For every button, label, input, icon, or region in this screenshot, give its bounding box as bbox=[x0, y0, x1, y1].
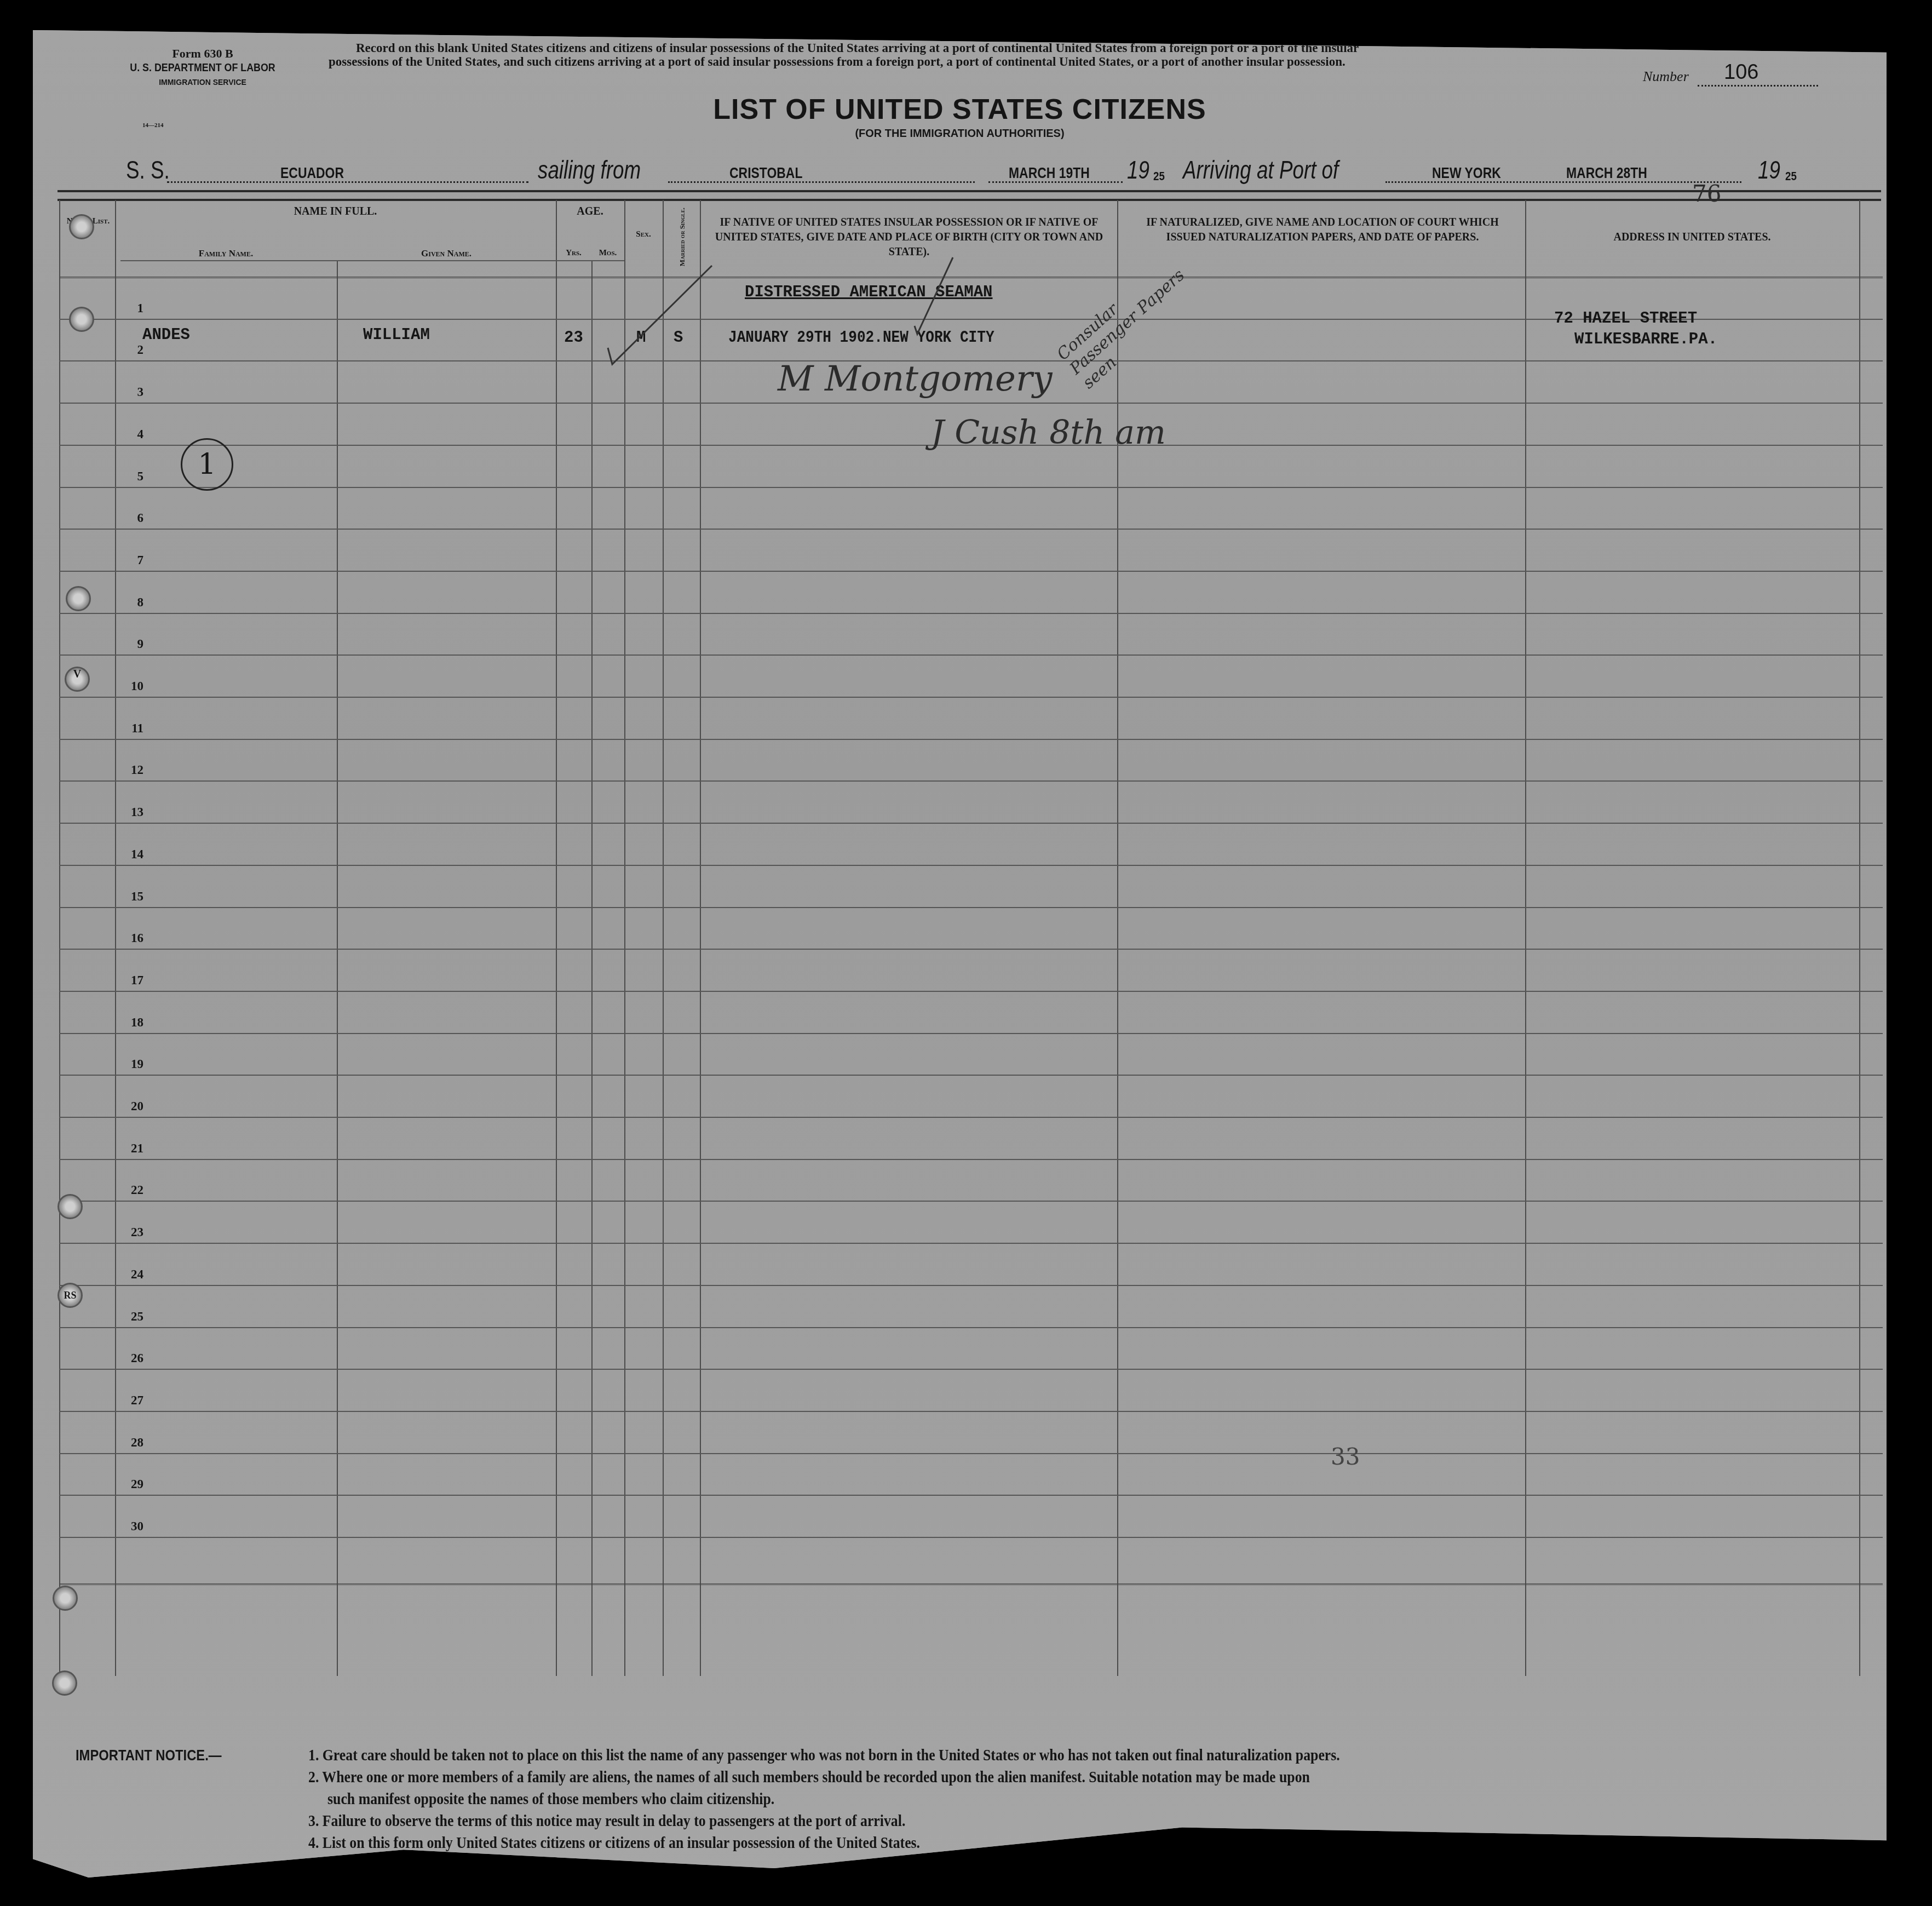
punch-hole-marked: V bbox=[65, 667, 90, 692]
row-line bbox=[59, 697, 1883, 698]
arrival-year-suffix: 25 bbox=[1785, 169, 1797, 183]
notice-item-4: 4. List on this form only United States … bbox=[308, 1832, 920, 1854]
number-label: Number bbox=[1643, 68, 1689, 85]
row-number: 11 bbox=[94, 721, 143, 736]
service-name: IMMIGRATION SERVICE bbox=[99, 75, 307, 89]
row-line bbox=[59, 655, 1883, 656]
col-line-naturalized bbox=[1525, 200, 1526, 1676]
row-number: 9 bbox=[94, 637, 143, 651]
row-number: 24 bbox=[94, 1267, 143, 1282]
row-number: 17 bbox=[94, 973, 143, 988]
punch-hole bbox=[69, 214, 94, 239]
record-instruction: Record on this blank United States citiz… bbox=[329, 41, 1402, 68]
page-subtitle: (FOR THE IMMIGRATION AUTHORITIES) bbox=[33, 128, 1887, 140]
row-number: 22 bbox=[94, 1183, 143, 1197]
row-number: 27 bbox=[94, 1393, 143, 1408]
col-line-family bbox=[337, 260, 338, 1676]
col-line-yrs bbox=[591, 260, 593, 1676]
ss-label: S. S. bbox=[126, 155, 170, 185]
header-birth: IF NATIVE OF UNITED STATES INSULAR POSSE… bbox=[712, 215, 1106, 260]
stamp-number: 33 bbox=[1331, 1443, 1360, 1470]
col-line-given bbox=[556, 200, 557, 1676]
row-number: 26 bbox=[94, 1351, 143, 1365]
header-name-in-full: NAME IN FULL. bbox=[115, 204, 556, 219]
row-line bbox=[59, 1285, 1883, 1286]
table-bottom-rule bbox=[59, 1583, 1883, 1585]
col-line-sex bbox=[663, 200, 664, 1676]
row-line bbox=[59, 865, 1883, 866]
row-line bbox=[59, 1411, 1883, 1412]
row-number: 14 bbox=[94, 847, 143, 862]
voyage-line: S. S. ECUADOR sailing from CRISTOBAL MAR… bbox=[33, 157, 1887, 190]
row-line bbox=[59, 1117, 1883, 1118]
sail-year-prefix: 19 bbox=[1127, 155, 1149, 185]
row-number: 7 bbox=[94, 553, 143, 567]
row-number: 6 bbox=[94, 511, 143, 525]
page-title: LIST OF UNITED STATES CITIZENS bbox=[33, 93, 1887, 126]
header-address: ADDRESS IN UNITED STATES. bbox=[1525, 230, 1859, 245]
row-line bbox=[59, 1243, 1883, 1244]
row-number: 19 bbox=[94, 1057, 143, 1071]
notice-item-3: 3. Failure to observe the terms of this … bbox=[308, 1810, 905, 1832]
row-line bbox=[59, 571, 1883, 572]
number-value: 106 bbox=[1724, 61, 1758, 84]
row-line bbox=[59, 1537, 1883, 1538]
row-number: 16 bbox=[94, 931, 143, 945]
row-number: 13 bbox=[94, 805, 143, 819]
number-underline bbox=[1698, 85, 1818, 87]
header-family-name: Family Name. bbox=[115, 246, 337, 261]
row-number: 2 bbox=[94, 343, 143, 357]
col-line-marital bbox=[700, 200, 701, 1676]
row-line bbox=[59, 1201, 1883, 1202]
row-number: 20 bbox=[94, 1099, 143, 1113]
form-number: Form 630 B bbox=[99, 47, 307, 61]
age-yrs-cell: 23 bbox=[564, 329, 583, 347]
naturalization-handwritten-note: Consular Passenger Papers seen bbox=[1053, 240, 1214, 393]
from-underline bbox=[668, 181, 975, 183]
row-line bbox=[59, 1075, 1883, 1076]
row-line bbox=[59, 403, 1883, 404]
header-yrs: Yrs. bbox=[556, 246, 591, 261]
row-line bbox=[59, 1159, 1883, 1160]
row-line bbox=[59, 1369, 1883, 1370]
punch-hole bbox=[69, 307, 94, 332]
notice-item-1: 1. Great care should be taken not to pla… bbox=[308, 1744, 1340, 1766]
printer-name: GOVERNMENT PRINTING OFFICE bbox=[1358, 1850, 1458, 1856]
header-bottom-rule bbox=[59, 277, 1883, 278]
arrival-date: MARCH 28TH bbox=[1566, 165, 1647, 182]
row-line bbox=[59, 1495, 1883, 1496]
row-number: 18 bbox=[94, 1015, 143, 1030]
ship-underline bbox=[167, 181, 528, 183]
row-number: 12 bbox=[94, 763, 143, 777]
row-number: 1 bbox=[94, 301, 143, 315]
row-line bbox=[59, 1033, 1883, 1034]
notice-heading: IMPORTANT NOTICE.— bbox=[76, 1744, 222, 1766]
address-line1-cell: 72 HAZEL STREET bbox=[1554, 309, 1697, 328]
row-line bbox=[59, 991, 1883, 992]
from-port: CRISTOBAL bbox=[729, 165, 802, 182]
row-number: 10 bbox=[94, 679, 143, 693]
row-line bbox=[59, 780, 1883, 782]
row-line bbox=[59, 1327, 1883, 1328]
header-sex: Sex. bbox=[624, 227, 663, 242]
form-identification: Form 630 B U. S. DEPARTMENT OF LABOR IMM… bbox=[99, 47, 307, 89]
address-line2-cell: WILKESBARRE.PA. bbox=[1574, 330, 1717, 348]
header-mos: Mos. bbox=[591, 246, 624, 261]
arrival-year-prefix: 19 bbox=[1758, 155, 1780, 185]
header-naturalized: IF NATURALIZED, GIVE NAME AND LOCATION O… bbox=[1128, 215, 1517, 245]
sailing-label: sailing from bbox=[538, 155, 641, 185]
notice-item-2: 2. Where one or more members of a family… bbox=[308, 1766, 1310, 1788]
col-line-address bbox=[1859, 200, 1860, 1676]
row-number: 30 bbox=[94, 1519, 143, 1534]
header-age: AGE. bbox=[556, 204, 624, 219]
punch-hole bbox=[53, 1586, 78, 1611]
given-name-cell: WILLIAM bbox=[363, 326, 430, 344]
row-line bbox=[59, 487, 1883, 488]
punch-hole bbox=[66, 586, 91, 611]
punch-hole bbox=[52, 1670, 77, 1696]
notice-item-2-cont: such manifest opposite the names of thos… bbox=[327, 1788, 774, 1810]
row-line bbox=[59, 949, 1883, 950]
row-number: 21 bbox=[94, 1141, 143, 1156]
row-line bbox=[59, 613, 1883, 614]
row-number: 4 bbox=[94, 427, 143, 441]
circled-mark: 1 bbox=[181, 438, 233, 491]
row-number: 3 bbox=[94, 385, 143, 399]
col-line-left bbox=[59, 200, 60, 1676]
sail-date: MARCH 19TH bbox=[1009, 165, 1090, 182]
department-name: U. S. DEPARTMENT OF LABOR bbox=[114, 61, 291, 75]
header-given-name: Given Name. bbox=[337, 246, 556, 261]
row-line bbox=[59, 823, 1883, 824]
row-number: 23 bbox=[94, 1225, 143, 1239]
row-line bbox=[59, 1453, 1883, 1454]
header-rule bbox=[58, 190, 1881, 201]
row-line bbox=[59, 529, 1883, 530]
row-number: 5 bbox=[94, 469, 143, 484]
row-number: 25 bbox=[94, 1310, 143, 1324]
list-number: Number 106 bbox=[1643, 64, 1873, 88]
row-number: 28 bbox=[94, 1436, 143, 1450]
officer-signature-1: M Montgomery bbox=[778, 359, 1053, 399]
row-line bbox=[59, 907, 1883, 908]
arrival-port: NEW YORK bbox=[1432, 165, 1501, 182]
row-number: 15 bbox=[94, 889, 143, 904]
officer-signature-2: J Cush 8th am bbox=[931, 414, 1166, 452]
arriving-label: Arriving at Port of bbox=[1183, 155, 1338, 185]
sail-year-suffix: 25 bbox=[1153, 169, 1165, 183]
col-line-mos bbox=[624, 200, 625, 1676]
check-mark-icon bbox=[909, 255, 964, 337]
family-name-cell: ANDES bbox=[142, 326, 190, 344]
printer-code: 14—214 bbox=[1446, 1850, 1467, 1856]
ship-name: ECUADOR bbox=[280, 165, 344, 182]
punch-hole bbox=[58, 1194, 83, 1219]
row-line bbox=[59, 739, 1883, 740]
row-number: 8 bbox=[94, 595, 143, 610]
manifest-page: Form 630 B U. S. DEPARTMENT OF LABOR IMM… bbox=[33, 30, 1887, 1887]
punch-hole-marked: RS bbox=[58, 1283, 83, 1308]
row-number: 29 bbox=[94, 1477, 143, 1491]
check-mark-icon bbox=[597, 260, 739, 370]
